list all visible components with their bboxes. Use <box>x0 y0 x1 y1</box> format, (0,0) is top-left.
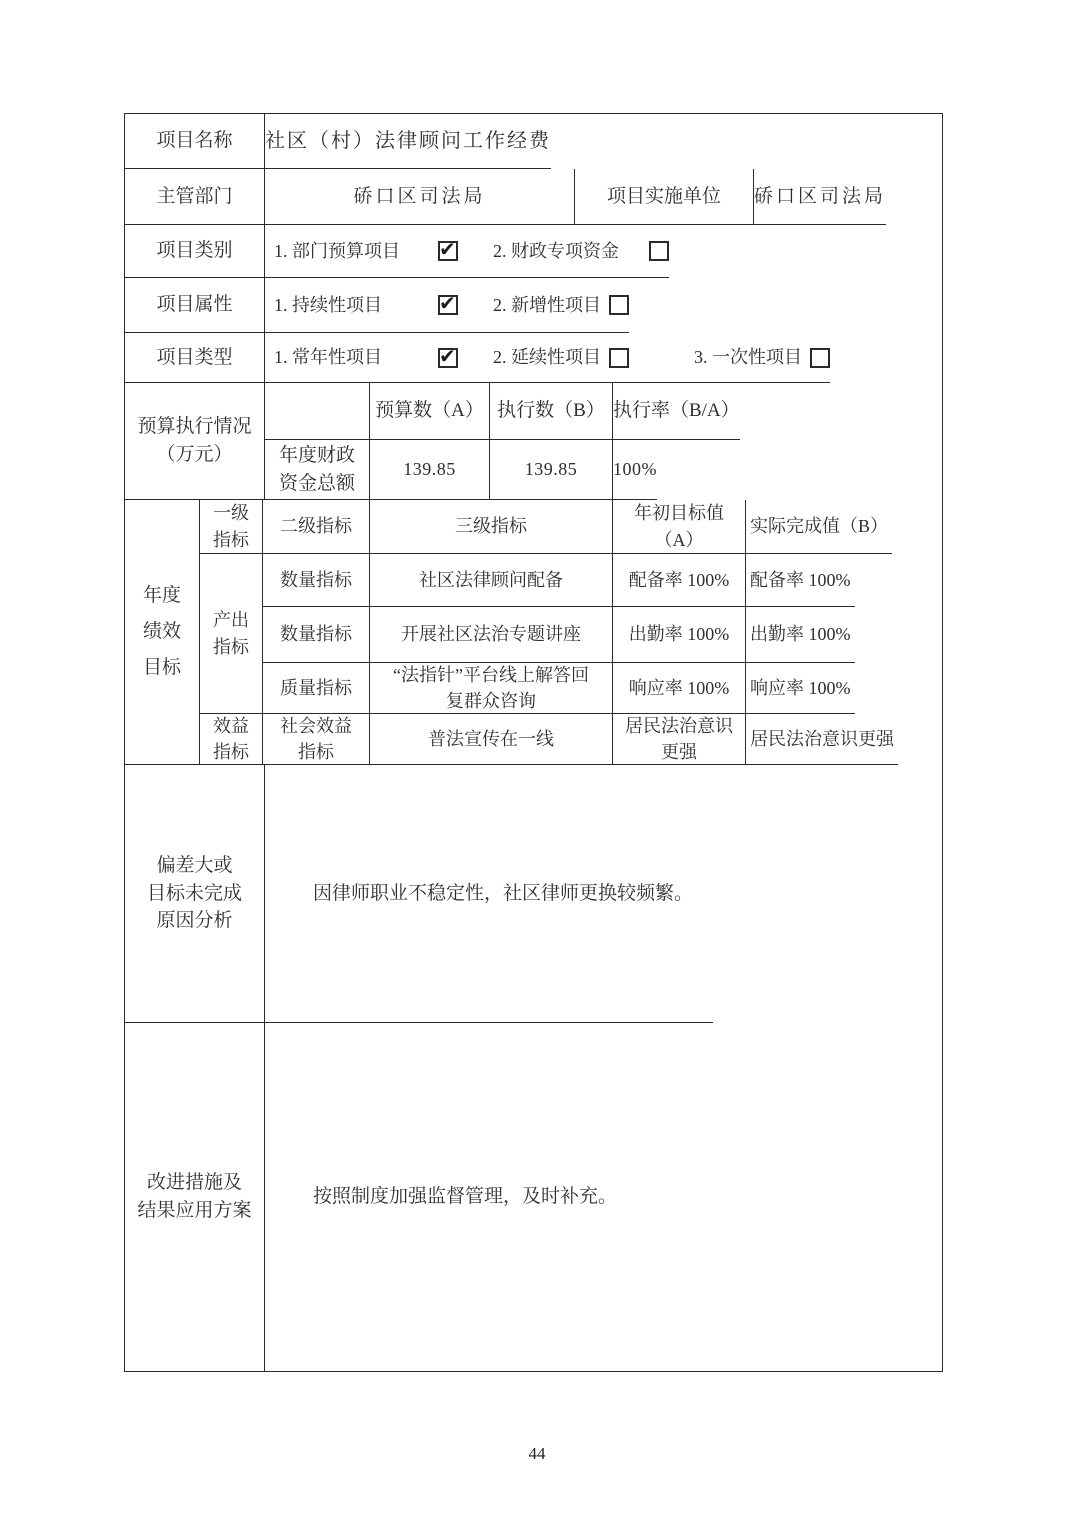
budget-grid: 预算数（A） 执行数（B） 执行率（B/A） 年度财政 资金总额 139.85 … <box>265 383 942 500</box>
checkbox-icon <box>649 241 669 261</box>
performance-section: 年度 绩效 目标 一级 指标 二级指标 三级指标 年初目标值 （A） 实际完成值… <box>125 500 942 765</box>
budget-section-label: 预算执行情况 （万元） <box>125 383 265 500</box>
header-target: 年初目标值 （A） <box>613 500 746 554</box>
header-level2: 二级指标 <box>263 500 370 554</box>
project-type-label: 项目类型 <box>125 333 265 383</box>
budget-value-row: 年度财政 资金总额 139.85 139.85 100% <box>265 440 942 500</box>
row-project-type: 项目类型 1. 常年性项目 2. 延续性项目 3. 一次性项目 <box>125 333 942 383</box>
project-category-label: 项目类别 <box>125 225 265 278</box>
indicator-level2: 社会效益 指标 <box>263 714 370 765</box>
option-text: 2. 财政专项资金 <box>493 238 619 264</box>
checkbox-icon <box>438 348 458 368</box>
execution-rate: 100% <box>613 440 657 500</box>
indicator-actual: 出勤率 100% <box>746 607 855 663</box>
project-type-options: 1. 常年性项目 2. 延续性项目 3. 一次性项目 <box>265 333 830 383</box>
indicator-level2: 数量指标 <box>263 607 370 663</box>
checkbox-icon <box>609 348 629 368</box>
option-text: 1. 常年性项目 <box>274 344 382 370</box>
option-text: 1. 部门预算项目 <box>274 238 400 264</box>
indicator-actual: 居民法治意识更强 <box>746 714 898 765</box>
improvement-value: 按照制度加强监督管理，及时补充。 <box>265 1023 637 1371</box>
option-text: 2. 延续性项目 <box>493 344 601 370</box>
option-annual: 1. 常年性项目 <box>274 344 458 370</box>
project-attribute-options: 1. 持续性项目 2. 新增性项目 <box>265 278 629 333</box>
indicator-level3: 社区法律顾问配备 <box>370 554 613 607</box>
performance-grid: 一级 指标 二级指标 三级指标 年初目标值 （A） 实际完成值（B） 产出 指标… <box>200 500 942 765</box>
performance-report-table: 项目名称 社区（村）法律顾问工作经费 主管部门 硚口区司法局 项目实施单位 硚口… <box>124 113 943 1372</box>
checkbox-icon <box>609 295 629 315</box>
performance-row: 数量指标 社区法律顾问配备 配备率 100% 配备率 100% <box>263 554 942 607</box>
checkbox-icon <box>438 295 458 315</box>
checkbox-icon <box>438 241 458 261</box>
budget-section: 预算执行情况 （万元） 预算数（A） 执行数（B） 执行率（B/A） 年度财政 … <box>125 383 942 500</box>
row-project-name: 项目名称 社区（村）法律顾问工作经费 <box>125 114 942 169</box>
group-benefit: 效益 指标 <box>200 714 263 765</box>
header-level1: 一级 指标 <box>200 500 263 554</box>
deviation-value: 因律师职业不稳定性，社区律师更换较频繁。 <box>265 765 713 1023</box>
option-text: 1. 持续性项目 <box>274 292 382 318</box>
option-one-time: 3. 一次性项目 <box>694 344 830 370</box>
budget-col-rate: 执行率（B/A） <box>613 383 740 440</box>
indicator-target: 响应率 100% <box>613 663 746 714</box>
performance-body: 产出 指标 效益 指标 数量指标 社区法律顾问配备 配备率 100% 配备率 1… <box>200 554 942 765</box>
indicator-level3: 普法宣传在一线 <box>370 714 613 765</box>
option-continuous: 1. 持续性项目 <box>274 292 458 318</box>
indicator-actual: 响应率 100% <box>746 663 855 714</box>
row-deviation-analysis: 偏差大或 目标未完成 原因分析 因律师职业不稳定性，社区律师更换较频繁。 <box>125 765 942 1023</box>
project-name-value: 社区（村）法律顾问工作经费 <box>265 114 551 169</box>
implementer-value: 硚口区司法局 <box>754 169 886 225</box>
supervisor-value: 硚口区司法局 <box>265 169 575 225</box>
option-new: 2. 新增性项目 <box>493 292 629 318</box>
page-number: 44 <box>0 1444 1074 1464</box>
indicator-actual: 配备率 100% <box>746 554 855 607</box>
row-project-category: 项目类别 1. 部门预算项目 2. 财政专项资金 <box>125 225 942 278</box>
project-category-options: 1. 部门预算项目 2. 财政专项资金 <box>265 225 669 278</box>
budget-col-budget: 预算数（A） <box>370 383 490 440</box>
indicator-target: 居民法治意识 更强 <box>613 714 746 765</box>
deviation-label: 偏差大或 目标未完成 原因分析 <box>125 765 265 1023</box>
performance-row: 数量指标 开展社区法治专题讲座 出勤率 100% 出勤率 100% <box>263 607 942 663</box>
budget-blank-cell <box>265 383 370 440</box>
performance-groups: 产出 指标 效益 指标 <box>200 554 263 765</box>
performance-section-label: 年度 绩效 目标 <box>125 500 200 765</box>
row-project-attribute: 项目属性 1. 持续性项目 2. 新增性项目 <box>125 278 942 333</box>
header-actual: 实际完成值（B） <box>746 500 892 554</box>
budget-col-executed: 执行数（B） <box>490 383 613 440</box>
header-level3: 三级指标 <box>370 500 613 554</box>
indicator-level2: 质量指标 <box>263 663 370 714</box>
implementer-label: 项目实施单位 <box>575 169 754 225</box>
indicator-level3: 开展社区法治专题讲座 <box>370 607 613 663</box>
improvement-label: 改进措施及 结果应用方案 <box>125 1023 265 1371</box>
option-special-fund: 2. 财政专项资金 <box>493 238 669 264</box>
group-output: 产出 指标 <box>200 554 263 714</box>
checkbox-icon <box>810 348 830 368</box>
project-attribute-label: 项目属性 <box>125 278 265 333</box>
indicator-target: 配备率 100% <box>613 554 746 607</box>
option-dept-budget: 1. 部门预算项目 <box>274 238 458 264</box>
budget-header-row: 预算数（A） 执行数（B） 执行率（B/A） <box>265 383 942 440</box>
budget-row-label: 年度财政 资金总额 <box>265 440 370 500</box>
project-name-label: 项目名称 <box>125 114 265 169</box>
performance-rows: 数量指标 社区法律顾问配备 配备率 100% 配备率 100% 数量指标 开展社… <box>263 554 942 765</box>
performance-row: 质量指标 “法指针”平台线上解答回 复群众咨询 响应率 100% 响应率 100… <box>263 663 942 714</box>
executed-amount: 139.85 <box>490 440 613 500</box>
row-improvement-plan: 改进措施及 结果应用方案 按照制度加强监督管理，及时补充。 <box>125 1023 942 1371</box>
option-text: 2. 新增性项目 <box>493 292 601 318</box>
indicator-target: 出勤率 100% <box>613 607 746 663</box>
performance-row: 社会效益 指标 普法宣传在一线 居民法治意识 更强 居民法治意识更强 <box>263 714 942 765</box>
option-text: 3. 一次性项目 <box>694 344 802 370</box>
supervisor-label: 主管部门 <box>125 169 265 225</box>
budget-amount: 139.85 <box>370 440 490 500</box>
row-supervisor: 主管部门 硚口区司法局 项目实施单位 硚口区司法局 <box>125 169 942 225</box>
indicator-level3: “法指针”平台线上解答回 复群众咨询 <box>370 663 613 714</box>
option-extended: 2. 延续性项目 <box>493 344 629 370</box>
indicator-level2: 数量指标 <box>263 554 370 607</box>
performance-header-row: 一级 指标 二级指标 三级指标 年初目标值 （A） 实际完成值（B） <box>200 500 942 554</box>
